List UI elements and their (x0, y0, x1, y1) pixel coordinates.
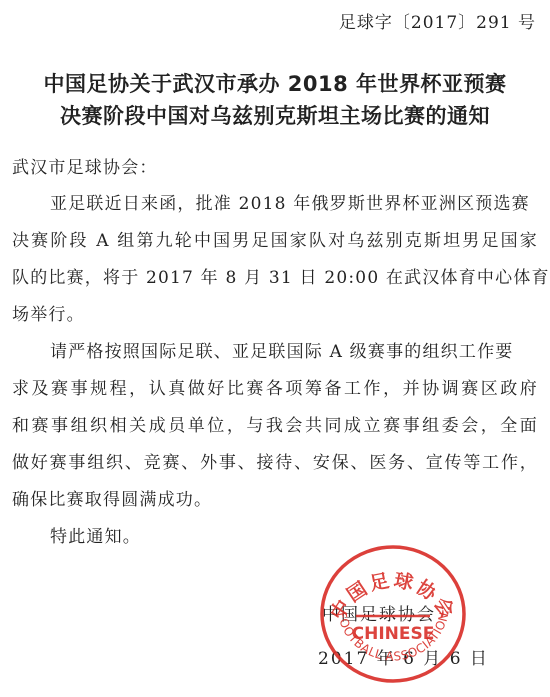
paragraph1-line-2: 决赛阶段 A 组第九轮中国男足国家队对乌兹别克斯坦男足国家 (12, 230, 538, 252)
closing: 特此通知。 (50, 526, 550, 548)
signature-date: 2017 年 6 月 6 日 (318, 648, 489, 670)
title-line-1: 中国足协关于武汉市承办 2018 年世界杯亚预赛 (0, 68, 550, 100)
svg-text:CHINESE: CHINESE (352, 624, 435, 644)
paragraph2-line-4: 做好赛事组织、竞赛、外事、接待、安保、医务、宣传等工作， (12, 452, 538, 474)
paragraph2-line-3: 和赛事组织相关成员单位，与我会共同成立赛事组委会，全面 (12, 415, 538, 437)
paragraph1-line-4: 场举行。 (12, 304, 538, 326)
salutation: 武汉市足球协会： (12, 157, 538, 179)
paragraph2-line-5: 确保比赛取得圆满成功。 (12, 489, 538, 511)
paragraph1-line-3: 队的比赛，将于 2017 年 8 月 31 日 20:00 在武汉体育中心体育 (12, 267, 538, 289)
paragraph2-line-2: 求及赛事规程，认真做好比赛各项筹备工作，并协调赛区政府 (12, 378, 538, 400)
paragraph2-line-1: 请严格按照国际足联、亚足联国际 A 级赛事的组织工作要 (50, 341, 538, 363)
paragraph1-line-1: 亚足联近日来函，批准 2018 年俄罗斯世界杯亚洲区预选赛 (50, 193, 538, 215)
signature-organization: 中国足球协会 (322, 604, 436, 626)
document-number: 足球字〔2017〕291 号 (339, 8, 536, 33)
title-line-2: 决赛阶段中国对乌兹别克斯坦主场比赛的通知 (0, 100, 550, 132)
